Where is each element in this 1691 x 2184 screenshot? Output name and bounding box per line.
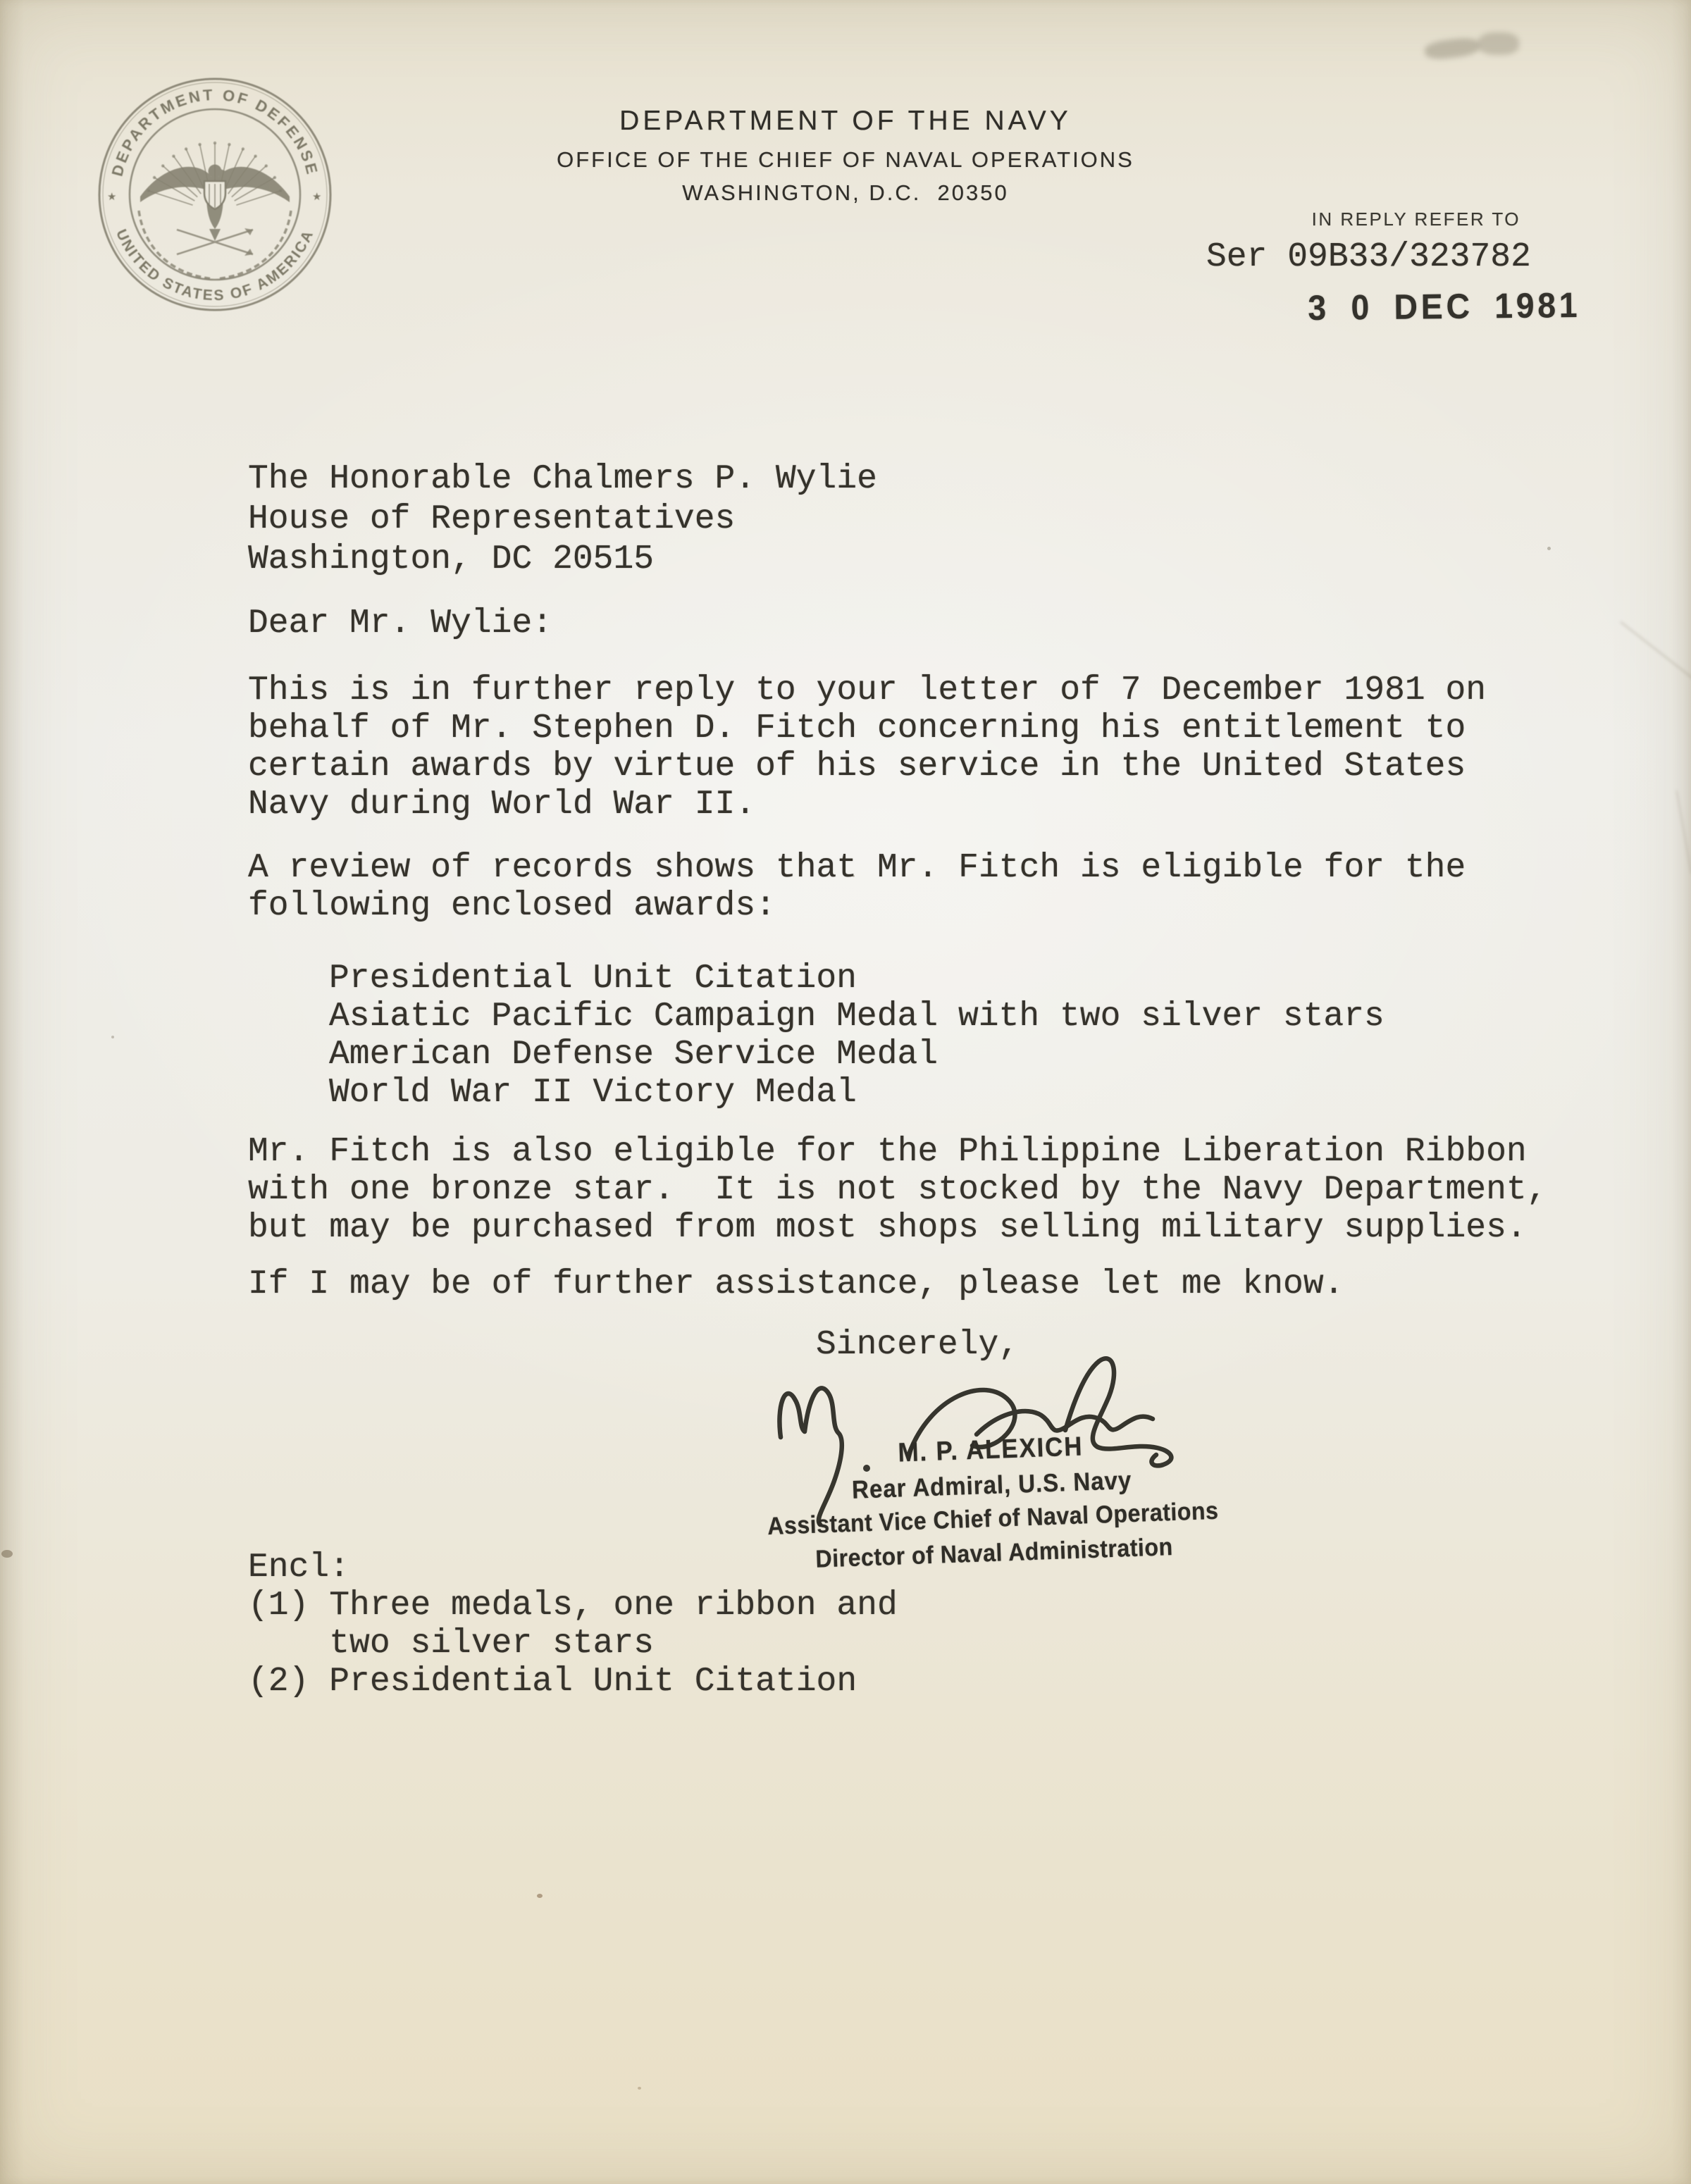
letterhead-address: WASHINGTON, D.C. 20350 <box>0 180 1691 206</box>
pencil-smudge <box>1424 36 1481 61</box>
date-stamp: 3 0 DEC 1981 <box>1308 285 1581 328</box>
scanned-letter-page: DEPARTMENT OF DEFENSE UNITED STATES OF A… <box>0 0 1691 2184</box>
letterhead-department: DEPARTMENT OF THE NAVY <box>0 106 1691 137</box>
enclosures-block: Encl: (1) Three medals, one ribbon and t… <box>248 1549 898 1701</box>
paper-crease <box>1620 621 1691 696</box>
paper-speck <box>1547 547 1551 550</box>
paper-crease <box>1676 790 1691 874</box>
body-paragraph-4: If I may be of further assistance, pleas… <box>248 1265 1344 1303</box>
body-paragraph-2: A review of records shows that Mr. Fitch… <box>248 849 1466 925</box>
awards-list: Presidential Unit Citation Asiatic Pacif… <box>329 960 1385 1112</box>
letterhead-office: OFFICE OF THE CHIEF OF NAVAL OPERATIONS <box>0 147 1691 173</box>
body-paragraph-3: Mr. Fitch is also eligible for the Phili… <box>248 1133 1547 1247</box>
in-reply-refer-to-label: IN REPLY REFER TO <box>1312 209 1520 230</box>
serial-number: Ser 09B33/323782 <box>1206 238 1531 276</box>
body-paragraph-1: This is in further reply to your letter … <box>248 671 1486 824</box>
paper-speck <box>853 875 855 877</box>
paper-speck <box>1 1550 13 1558</box>
paper-speck <box>638 2087 641 2090</box>
paper-speck <box>111 1036 114 1038</box>
recipient-address: The Honorable Chalmers P. Wylie House of… <box>248 459 877 580</box>
pencil-smudge <box>1478 32 1519 55</box>
paper-speck <box>537 1894 543 1898</box>
salutation: Dear Mr. Wylie: <box>248 604 552 643</box>
